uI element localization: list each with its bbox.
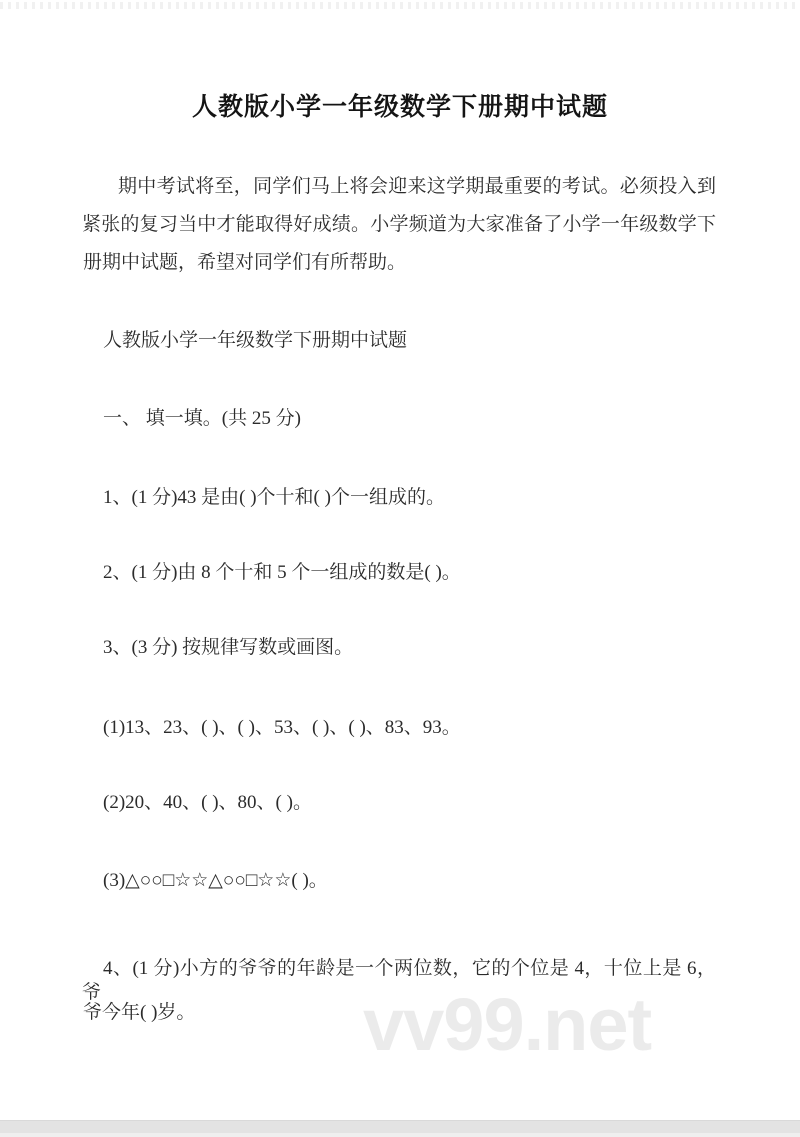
page-top-edge-texture <box>0 2 800 9</box>
question-1: 1、(1 分)43 是由( )个十和( )个一组成的。 <box>103 486 445 510</box>
intro-paragraph-line-3: 册期中试题，希望对同学们有所帮助。 <box>83 251 406 275</box>
question-2: 2、(1 分)由 8 个十和 5 个一组成的数是( )。 <box>103 561 461 585</box>
document-title: 人教版小学一年级数学下册期中试题 <box>0 92 800 122</box>
question-4-line-1: 4、(1 分)小方的爷爷的年龄是一个两位数，它的个位是 4，十位上是 6，爷 <box>82 957 716 1005</box>
page-bottom-edge <box>0 1120 800 1133</box>
viewer-background-strip <box>0 1133 800 1137</box>
question-3-subitem-2: (2)20、40、( )、80、( )。 <box>103 791 312 815</box>
document-page: 人教版小学一年级数学下册期中试题 期中考试将至，同学们马上将会迎来这学期最重要的… <box>0 0 800 1120</box>
section-one-heading: 一、 填一填。(共 25 分) <box>103 407 301 431</box>
intro-paragraph-line-2: 紧张的复习当中才能取得好成绩。小学频道为大家准备了小学一年级数学下 <box>82 213 716 237</box>
question-3-subitem-3-shape-pattern: (3)△○○□☆☆△○○□☆☆( )。 <box>103 869 328 893</box>
question-3-subitem-1: (1)13、23、( )、( )、53、( )、( )、83、93。 <box>103 716 461 740</box>
question-3: 3、(3 分) 按规律写数或画图。 <box>103 636 353 660</box>
document-subtitle: 人教版小学一年级数学下册期中试题 <box>103 329 407 353</box>
question-4-line-2: 爷今年( )岁。 <box>83 1001 195 1025</box>
intro-paragraph-line-1: 期中考试将至，同学们马上将会迎来这学期最重要的考试。必须投入到 <box>82 175 716 199</box>
